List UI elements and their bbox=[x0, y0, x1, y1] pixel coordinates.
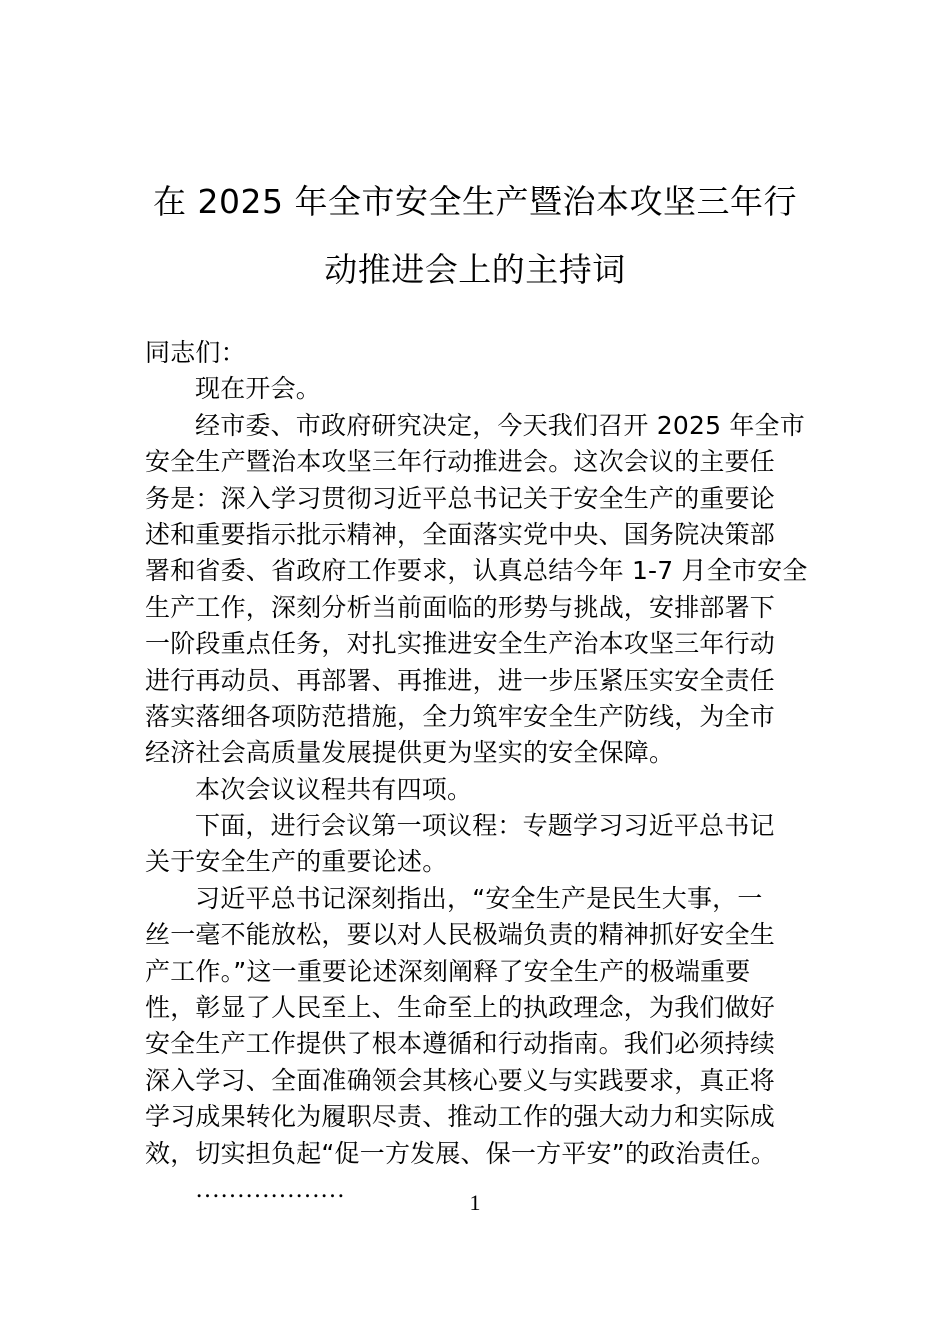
paragraph-key-quote: 习近平总书记深刻指出，“安全生产是民生大事，一 丝一毫不能放松，要以对人民极端负… bbox=[145, 881, 810, 1172]
paragraph-line: 一阶段重点任务，对扎实推进安全生产治本攻坚三年行动 bbox=[145, 626, 810, 662]
paragraph-line: 落实落细各项防范措施，全力筑牢安全生产防线，为全市 bbox=[145, 699, 810, 735]
salutation: 同志们： bbox=[145, 335, 810, 371]
paragraph-opening: 现在开会。 bbox=[145, 371, 810, 407]
paragraph-line: 本次会议议程共有四项。 bbox=[145, 772, 810, 808]
paragraph-line: 安全生产工作提供了根本遵循和行动指南。我们必须持续 bbox=[145, 1026, 810, 1062]
paragraph-line: 进行再动员、再部署、再推进，进一步压紧压实安全责任 bbox=[145, 663, 810, 699]
paragraph-line: 经济社会高质量发展提供更为坚实的安全保障。 bbox=[145, 735, 810, 771]
paragraph-line: 深入学习、全面准确领会其核心要义与实践要求，真正将 bbox=[145, 1063, 810, 1099]
paragraph-line: 丝一毫不能放松，要以对人民极端负责的精神抓好安全生 bbox=[145, 917, 810, 953]
paragraph-agenda-item-one: 下面，进行会议第一项议程：专题学习习近平总书记 关于安全生产的重要论述。 bbox=[145, 808, 810, 881]
paragraph-line: 经市委、市政府研究决定，今天我们召开 2025 年全市 bbox=[145, 408, 810, 444]
paragraph-agenda-count: 本次会议议程共有四项。 bbox=[145, 772, 810, 808]
document-title: 在 2025 年全市安全生产暨治本攻坚三年行 动推进会上的主持词 bbox=[145, 168, 805, 304]
title-line-1: 在 2025 年全市安全生产暨治本攻坚三年行 bbox=[145, 168, 805, 236]
paragraph-line: 生产工作，深刻分析当前面临的形势与挑战，安排部署下 bbox=[145, 590, 810, 626]
page-number: 1 bbox=[0, 1188, 950, 1218]
paragraph-line: 现在开会。 bbox=[145, 371, 810, 407]
paragraph-line: 述和重要指示批示精神，全面落实党中央、国务院决策部 bbox=[145, 517, 810, 553]
paragraph-line: 署和省委、省政府工作要求，认真总结今年 1-7 月全市安全 bbox=[145, 553, 810, 589]
paragraph-line: 性，彰显了人民至上、生命至上的执政理念，为我们做好 bbox=[145, 990, 810, 1026]
title-line-2: 动推进会上的主持词 bbox=[145, 236, 805, 304]
paragraph-line: 关于安全生产的重要论述。 bbox=[145, 844, 810, 880]
paragraph-line: 效，切实担负起“促一方发展、保一方平安”的政治责任。 bbox=[145, 1136, 810, 1172]
document-body: 同志们： 现在开会。 经市委、市政府研究决定，今天我们召开 2025 年全市 安… bbox=[145, 335, 810, 1208]
paragraph-line: 习近平总书记深刻指出，“安全生产是民生大事，一 bbox=[145, 881, 810, 917]
document-page: 在 2025 年全市安全生产暨治本攻坚三年行 动推进会上的主持词 同志们： 现在… bbox=[0, 0, 950, 1344]
paragraph-meeting-purpose: 经市委、市政府研究决定，今天我们召开 2025 年全市 安全生产暨治本攻坚三年行… bbox=[145, 408, 810, 772]
paragraph-line: 务是：深入学习贯彻习近平总书记关于安全生产的重要论 bbox=[145, 481, 810, 517]
paragraph-line: 学习成果转化为履职尽责、推动工作的强大动力和实际成 bbox=[145, 1099, 810, 1135]
paragraph-line: 下面，进行会议第一项议程：专题学习习近平总书记 bbox=[145, 808, 810, 844]
paragraph-line: 安全生产暨治本攻坚三年行动推进会。这次会议的主要任 bbox=[145, 444, 810, 480]
paragraph-line: 产工作。”这一重要论述深刻阐释了安全生产的极端重要 bbox=[145, 954, 810, 990]
